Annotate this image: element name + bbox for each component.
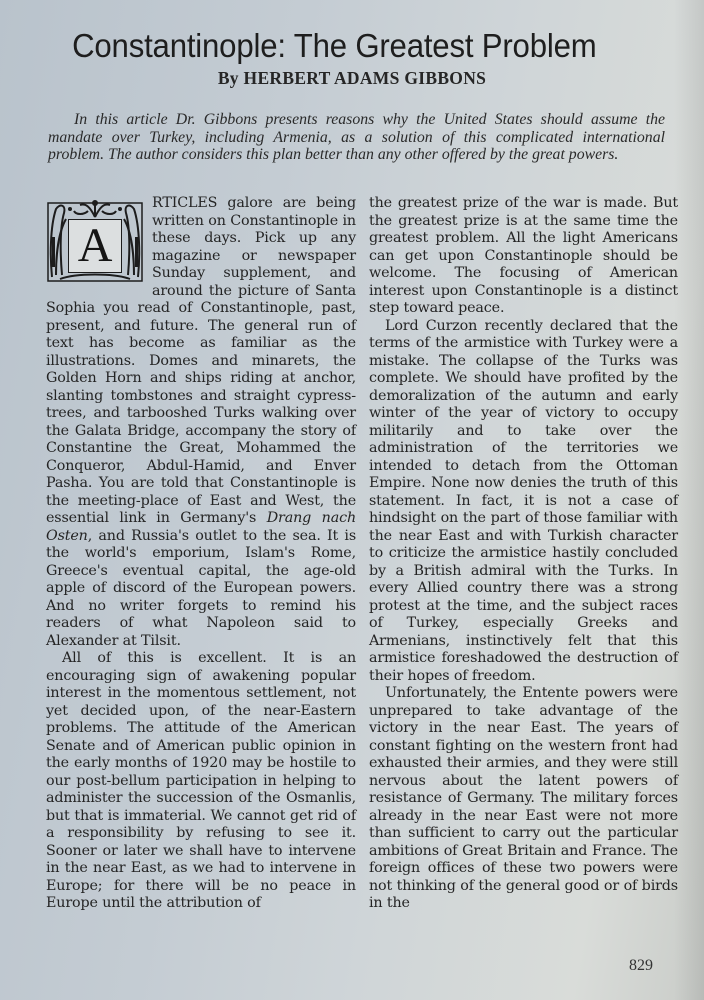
drop-cap: A <box>46 197 144 283</box>
drop-cap-letter: A <box>68 219 122 273</box>
article-byline: By HERBERT ADAMS GIBBONS <box>0 68 704 89</box>
magazine-page: Constantinople: The Greatest Problem By … <box>0 0 704 1000</box>
article-title: Constantinople: The Greatest Problem <box>46 28 623 66</box>
right-column: the greatest prize of the war is made. B… <box>369 195 678 913</box>
right-paragraph-1: the greatest prize of the war is made. B… <box>369 195 678 318</box>
left-column: A RTICLES galore are being written on Co… <box>46 195 356 913</box>
page-edge-shadow <box>674 0 704 1000</box>
article-intro: In this article Dr. Gibbons presents rea… <box>48 111 665 164</box>
paragraph-text-continued: , and Russia's outlet to the sea. It is … <box>46 528 356 649</box>
left-paragraph-2: All of this is excellent. It is an encou… <box>46 650 356 913</box>
page-number: 829 <box>629 957 653 975</box>
right-paragraph-2: Lord Curzon recently declared that the t… <box>369 318 678 686</box>
right-paragraph-3: Unfortunately, the Entente powers were u… <box>369 685 678 913</box>
